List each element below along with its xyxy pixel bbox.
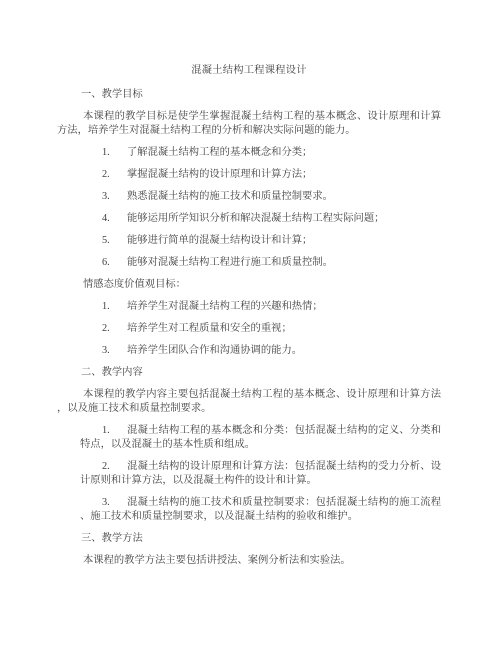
numbered-item: 6.能够对混凝土结构工程进行施工和质量控制。 xyxy=(80,256,441,270)
item-text: 掌握混凝土结构的设计原理和计算方法； xyxy=(127,169,312,180)
numbered-item: 2.掌握混凝土结构的设计原理和计算方法； xyxy=(80,168,441,182)
item-number: 3. xyxy=(102,496,127,510)
numbered-item: 1.混凝土结构工程的基本概念和分类：包括混凝土结构的定义、分类和特点，以及混凝土… xyxy=(80,424,441,452)
item-text: 混凝土结构的设计原理和计算方法：包括混凝土结构的受力分析、设计原则和计算方法，以… xyxy=(80,461,441,486)
section-1-subheading: 情感态度价值观目标： xyxy=(57,278,441,292)
item-number: 2. xyxy=(102,460,127,474)
numbered-item: 3.混凝土结构的施工技术和质量控制要求：包括混凝土结构的施工流程、施工技术和质量… xyxy=(80,496,441,524)
item-number: 1. xyxy=(102,424,127,438)
document-title: 混凝土结构工程课程设计 xyxy=(57,64,441,78)
section-1-intro-paragraph: 本课程的教学目标是使学生掌握混凝土结构工程的基本概念、设计原理和计算方法，培养学… xyxy=(57,110,441,138)
item-text: 混凝土结构工程的基本概念和分类：包括混凝土结构的定义、分类和特点，以及混凝土的基… xyxy=(80,425,441,450)
item-text: 熟悉混凝土结构的施工技术和质量控制要求。 xyxy=(127,191,333,202)
section-heading-1: 一、教学目标 xyxy=(57,88,441,102)
numbered-item: 2.培养学生对工程质量和安全的重视； xyxy=(80,322,441,336)
section-heading-3: 三、教学方法 xyxy=(57,532,441,546)
numbered-item: 5.能够进行简单的混凝土结构设计和计算； xyxy=(80,234,441,248)
item-number: 5. xyxy=(102,234,127,248)
item-text: 能够运用所学知识分析和解决混凝土结构工程实际问题； xyxy=(127,213,384,224)
item-number: 6. xyxy=(102,256,127,270)
item-number: 3. xyxy=(102,344,127,358)
numbered-item: 1.了解混凝土结构工程的基本概念和分类； xyxy=(80,146,441,160)
numbered-item: 3.熟悉混凝土结构的施工技术和质量控制要求。 xyxy=(80,190,441,204)
item-text: 培养学生团队合作和沟通协调的能力。 xyxy=(127,345,302,356)
numbered-item: 1.培养学生对混凝土结构工程的兴趣和热情； xyxy=(80,300,441,314)
numbered-item: 4.能够运用所学知识分析和解决混凝土结构工程实际问题； xyxy=(80,212,441,226)
item-text: 能够进行简单的混凝土结构设计和计算； xyxy=(127,235,312,246)
item-text: 能够对混凝土结构工程进行施工和质量控制。 xyxy=(127,257,333,268)
item-text: 了解混凝土结构工程的基本概念和分类； xyxy=(127,147,312,158)
item-text: 混凝土结构的施工技术和质量控制要求：包括混凝土结构的施工流程、施工技术和质量控制… xyxy=(80,497,441,522)
item-number: 4. xyxy=(102,212,127,226)
item-text: 培养学生对混凝土结构工程的兴趣和热情； xyxy=(127,301,323,312)
item-number: 2. xyxy=(102,168,127,182)
document-page: 混凝土结构工程课程设计 一、教学目标 本课程的教学目标是使学生掌握混凝土结构工程… xyxy=(0,0,500,647)
section-2-intro-paragraph: 本课程的教学内容主要包括混凝土结构工程的基本概念、设计原理和计算方法，以及施工技… xyxy=(57,388,441,416)
section-3-intro-paragraph: 本课程的教学方法主要包括讲授法、案例分析法和实验法。 xyxy=(57,554,441,568)
numbered-item: 2.混凝土结构的设计原理和计算方法：包括混凝土结构的受力分析、设计原则和计算方法… xyxy=(80,460,441,488)
item-number: 3. xyxy=(102,190,127,204)
section-heading-2: 二、教学内容 xyxy=(57,366,441,380)
item-number: 2. xyxy=(102,322,127,336)
item-number: 1. xyxy=(102,300,127,314)
document-body: 混凝土结构工程课程设计 一、教学目标 本课程的教学目标是使学生掌握混凝土结构工程… xyxy=(57,64,441,568)
item-number: 1. xyxy=(102,146,127,160)
numbered-item: 3.培养学生团队合作和沟通协调的能力。 xyxy=(80,344,441,358)
item-text: 培养学生对工程质量和安全的重视； xyxy=(127,323,292,334)
